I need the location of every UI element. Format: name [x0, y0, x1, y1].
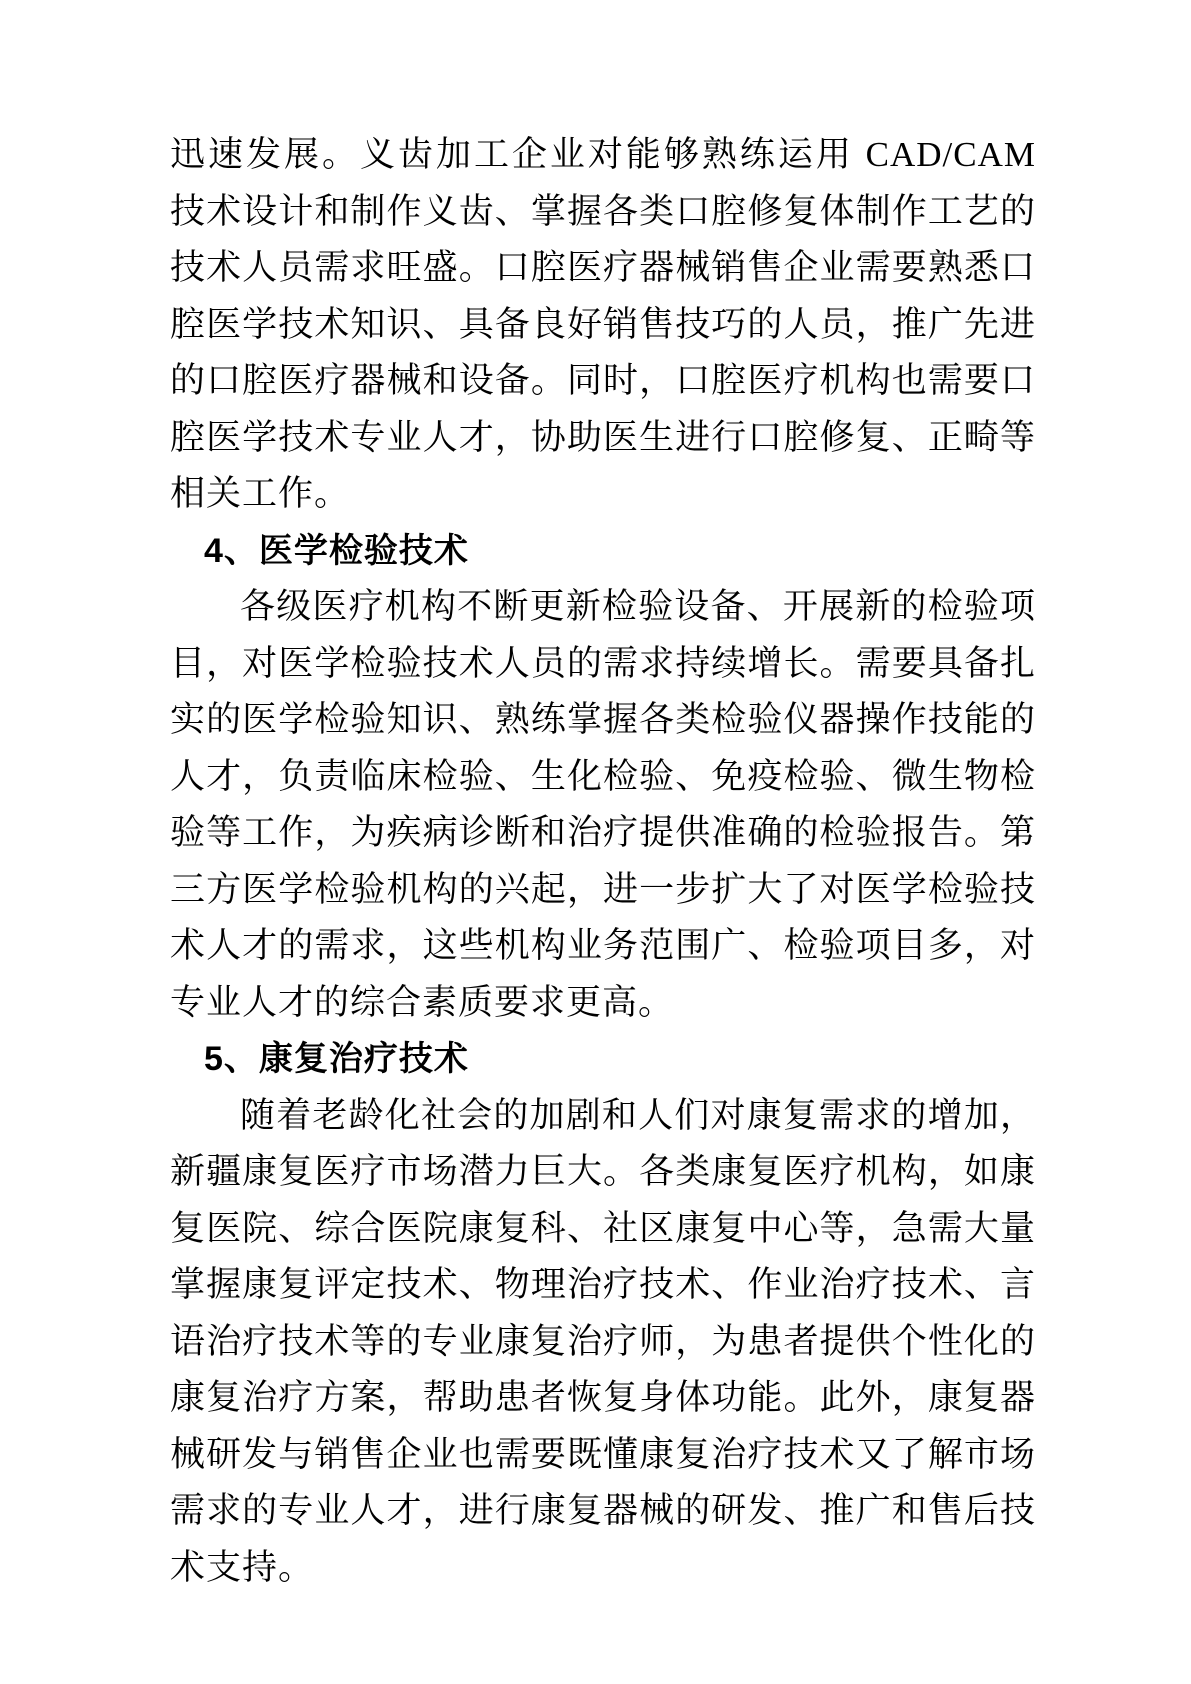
paragraph-medical-laboratory-technology: 各级医疗机构不断更新检验设备、开展新的检验项目，对医学检验技术人员的需求持续增长…: [170, 579, 1036, 1031]
paragraph-rehabilitation-therapy-technology: 随着老龄化社会的加剧和人们对康复需求的增加，新疆康复医疗市场潜力巨大。各类康复医…: [170, 1088, 1036, 1597]
document-page: 迅速发展。义齿加工企业对能够熟练运用 CAD/CAM 技术设计和制作义齿、掌握各…: [0, 0, 1191, 1684]
paragraph-dental-technology-continuation: 迅速发展。义齿加工企业对能够熟练运用 CAD/CAM 技术设计和制作义齿、掌握各…: [170, 127, 1036, 523]
section-heading-rehabilitation-therapy-technology: 5、康复治疗技术: [170, 1031, 1036, 1088]
document-body: 迅速发展。义齿加工企业对能够熟练运用 CAD/CAM 技术设计和制作义齿、掌握各…: [170, 127, 1036, 1596]
section-heading-medical-laboratory-technology: 4、医学检验技术: [170, 523, 1036, 580]
